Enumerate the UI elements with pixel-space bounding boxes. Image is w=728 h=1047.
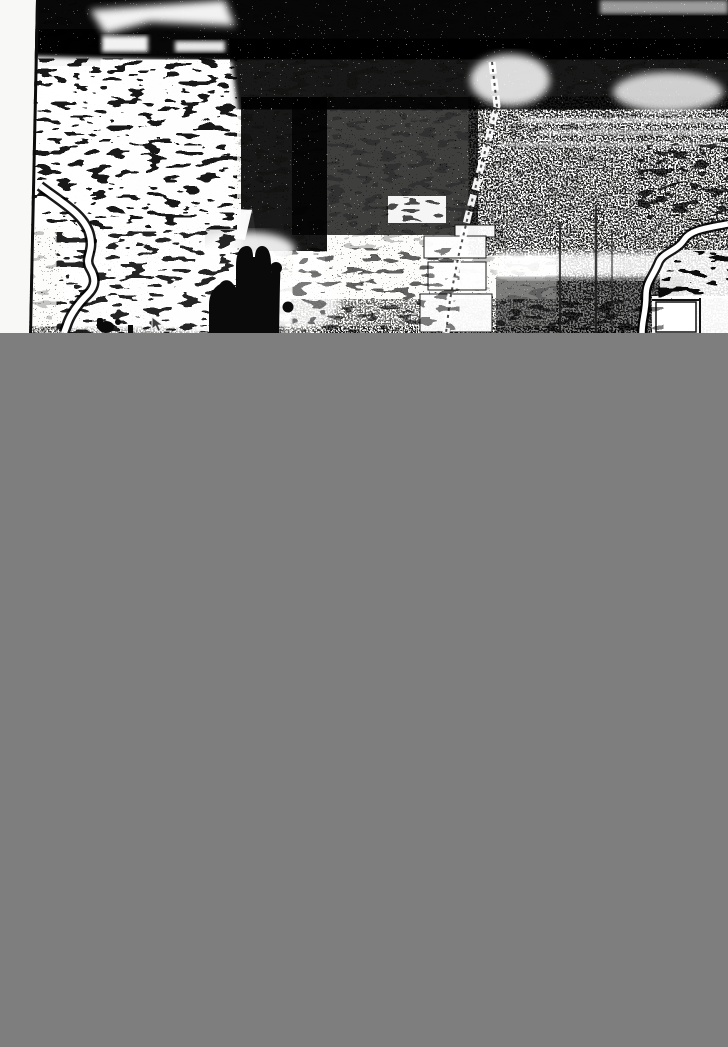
manga-page-image[interactable] bbox=[0, 0, 728, 333]
manga-page-art bbox=[0, 0, 728, 333]
silhouette-main-pair bbox=[236, 246, 271, 333]
floating-ball bbox=[283, 302, 294, 313]
silhouette-raised-arm bbox=[271, 265, 281, 333]
bottom-right-white-box bbox=[652, 296, 728, 333]
image-viewport[interactable] bbox=[0, 0, 728, 1047]
unloaded-gray-area bbox=[0, 333, 728, 1047]
silhouette-fist bbox=[270, 262, 282, 274]
